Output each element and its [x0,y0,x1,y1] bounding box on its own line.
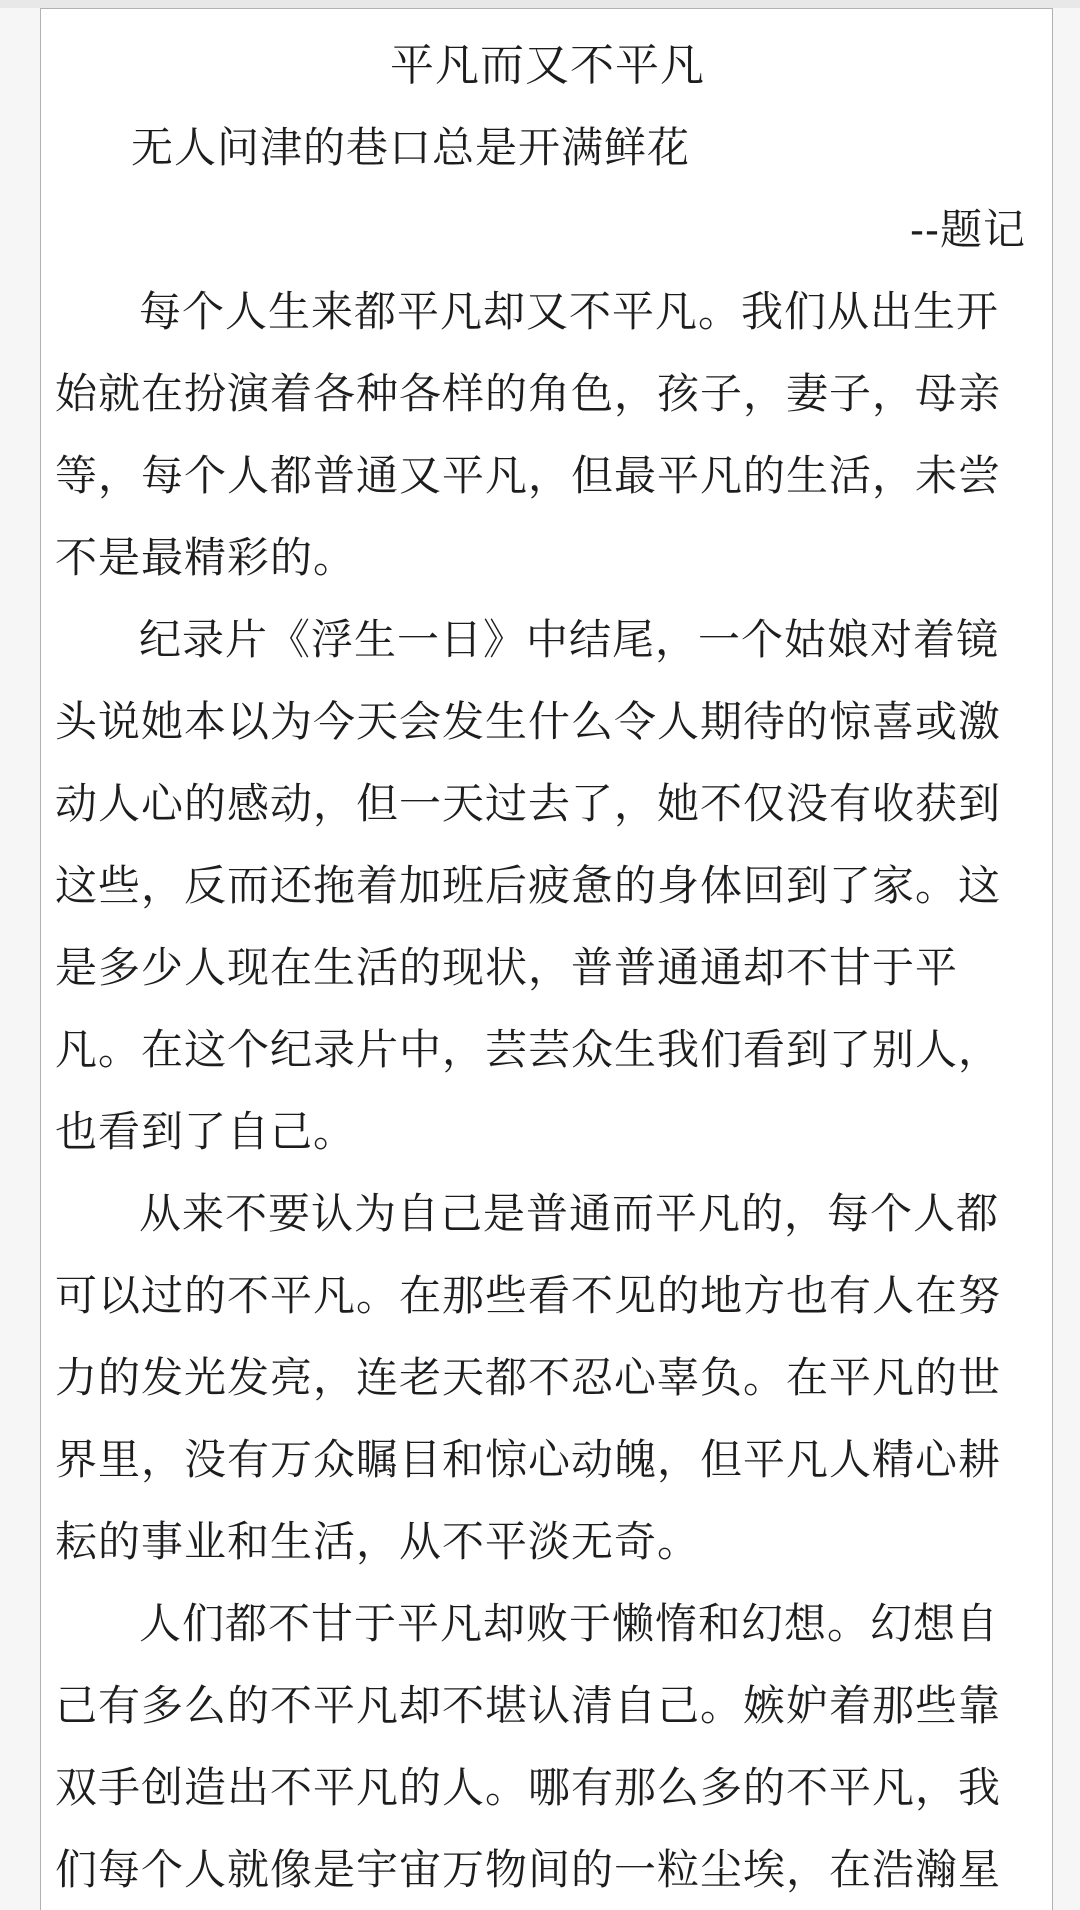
essay-line: 不是最精彩的。 [55,517,1040,599]
essay-line: 从来不要认为自己是普通而平凡的，每个人都 [55,1173,1040,1255]
essay-line: 耘的事业和生活，从不平淡无奇。 [55,1501,1040,1583]
essay-content: 平凡而又不平凡 无人问津的巷口总是开满鲜花 --题记 每个人生来都平凡却又不平凡… [41,9,1052,1910]
essay-line: 等，每个人都普通又平凡，但最平凡的生活，未尝 [55,435,1040,517]
essay-line: 人们都不甘于平凡却败于懒惰和幻想。幻想自 [55,1583,1040,1665]
essay-line: 动人心的感动，但一天过去了，她不仅没有收获到 [55,763,1040,845]
essay-line: 始就在扮演着各种各样的角色，孩子，妻子，母亲 [55,353,1040,435]
viewer-background: 平凡而又不平凡 无人问津的巷口总是开满鲜花 --题记 每个人生来都平凡却又不平凡… [0,0,1080,1910]
essay-line: 双手创造出不平凡的人。哪有那么多的不平凡，我 [55,1747,1040,1829]
essay-line: 纪录片《浮生一日》中结尾，一个姑娘对着镜 [55,599,1040,681]
essay-page: 平凡而又不平凡 无人问津的巷口总是开满鲜花 --题记 每个人生来都平凡却又不平凡… [40,8,1053,1910]
essay-line: 头说她本以为今天会发生什么令人期待的惊喜或激 [55,681,1040,763]
essay-line: 凡。在这个纪录片中，芸芸众生我们看到了别人， [55,1009,1040,1091]
essay-line: 己有多么的不平凡却不堪认清自己。嫉妒着那些靠 [55,1665,1040,1747]
essay-line: 是多少人现在生活的现状，普普通通却不甘于平 [55,927,1040,1009]
essay-title: 平凡而又不平凡 [55,25,1040,107]
essay-line: 可以过的不平凡。在那些看不见的地方也有人在努 [55,1255,1040,1337]
essay-line: 界里，没有万众瞩目和惊心动魄，但平凡人精心耕 [55,1419,1040,1501]
essay-line: 也看到了自己。 [55,1091,1040,1173]
epigraph-attribution: --题记 [55,189,1040,271]
essay-line: 每个人生来都平凡却又不平凡。我们从出生开 [55,271,1040,353]
essay-line: 这些，反而还拖着加班后疲惫的身体回到了家。这 [55,845,1040,927]
page-top-strip [0,0,1080,8]
essay-line: 力的发光发亮，连老天都不忍心辜负。在平凡的世 [55,1337,1040,1419]
essay-epigraph: 无人问津的巷口总是开满鲜花 [55,107,1040,189]
essay-line: 们每个人就像是宇宙万物间的一粒尘埃，在浩瀚星 [55,1829,1040,1910]
